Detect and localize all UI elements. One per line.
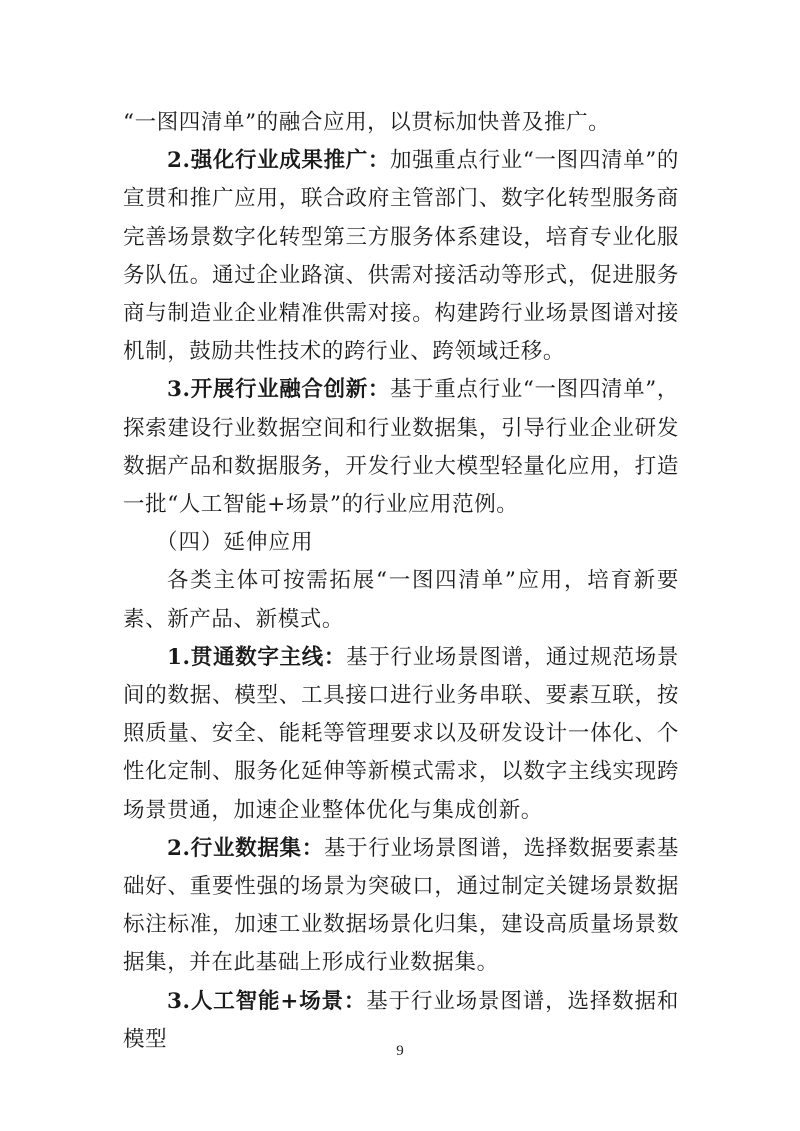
paragraph-text: “一图四清单”的融合应用，以贯标加快普及推广。 [123, 110, 610, 135]
page-number: 9 [0, 1043, 800, 1060]
section-heading: （四）延伸应用 [123, 524, 679, 562]
paragraph-item-digital-thread: 1.贯通数字主线：基于行业场景图谱，通过规范场景间的数据、模型、工具接口进行业务… [123, 639, 679, 830]
item-lead: 3.人工智能+场景： [167, 989, 366, 1014]
paragraph-continuation: “一图四清单”的融合应用，以贯标加快普及推广。 [123, 104, 679, 142]
item-lead: 2.行业数据集： [167, 836, 324, 861]
paragraph-text: 各类主体可按需拓展“一图四清单”应用，培育新要素、新产品、新模式。 [123, 568, 679, 631]
item-lead: 2.强化行业成果推广： [167, 148, 390, 173]
paragraph-item-fusion-innovation: 3.开展行业融合创新：基于重点行业“一图四清单”，探索建设行业数据空间和行业数据… [123, 371, 679, 524]
paragraph-text: 加强重点行业“一图四清单”的宣贯和推广应用，联合政府主管部门、数字化转型服务商完… [123, 148, 679, 364]
paragraph-text: 基于行业场景图谱，通过规范场景间的数据、模型、工具接口进行业务串联、要素互联，按… [123, 645, 679, 823]
paragraph-item-industry-dataset: 2.行业数据集：基于行业场景图谱，选择数据要素基础好、重要性强的场景为突破口，通… [123, 830, 679, 983]
item-lead: 3.开展行业融合创新： [167, 377, 390, 402]
document-page-body: “一图四清单”的融合应用，以贯标加快普及推广。 2.强化行业成果推广：加强重点行… [123, 104, 679, 1059]
item-lead: 1.贯通数字主线： [167, 645, 346, 670]
paragraph-item-promote-results: 2.强化行业成果推广：加强重点行业“一图四清单”的宣贯和推广应用，联合政府主管部… [123, 142, 679, 371]
paragraph-body: 各类主体可按需拓展“一图四清单”应用，培育新要素、新产品、新模式。 [123, 562, 679, 638]
